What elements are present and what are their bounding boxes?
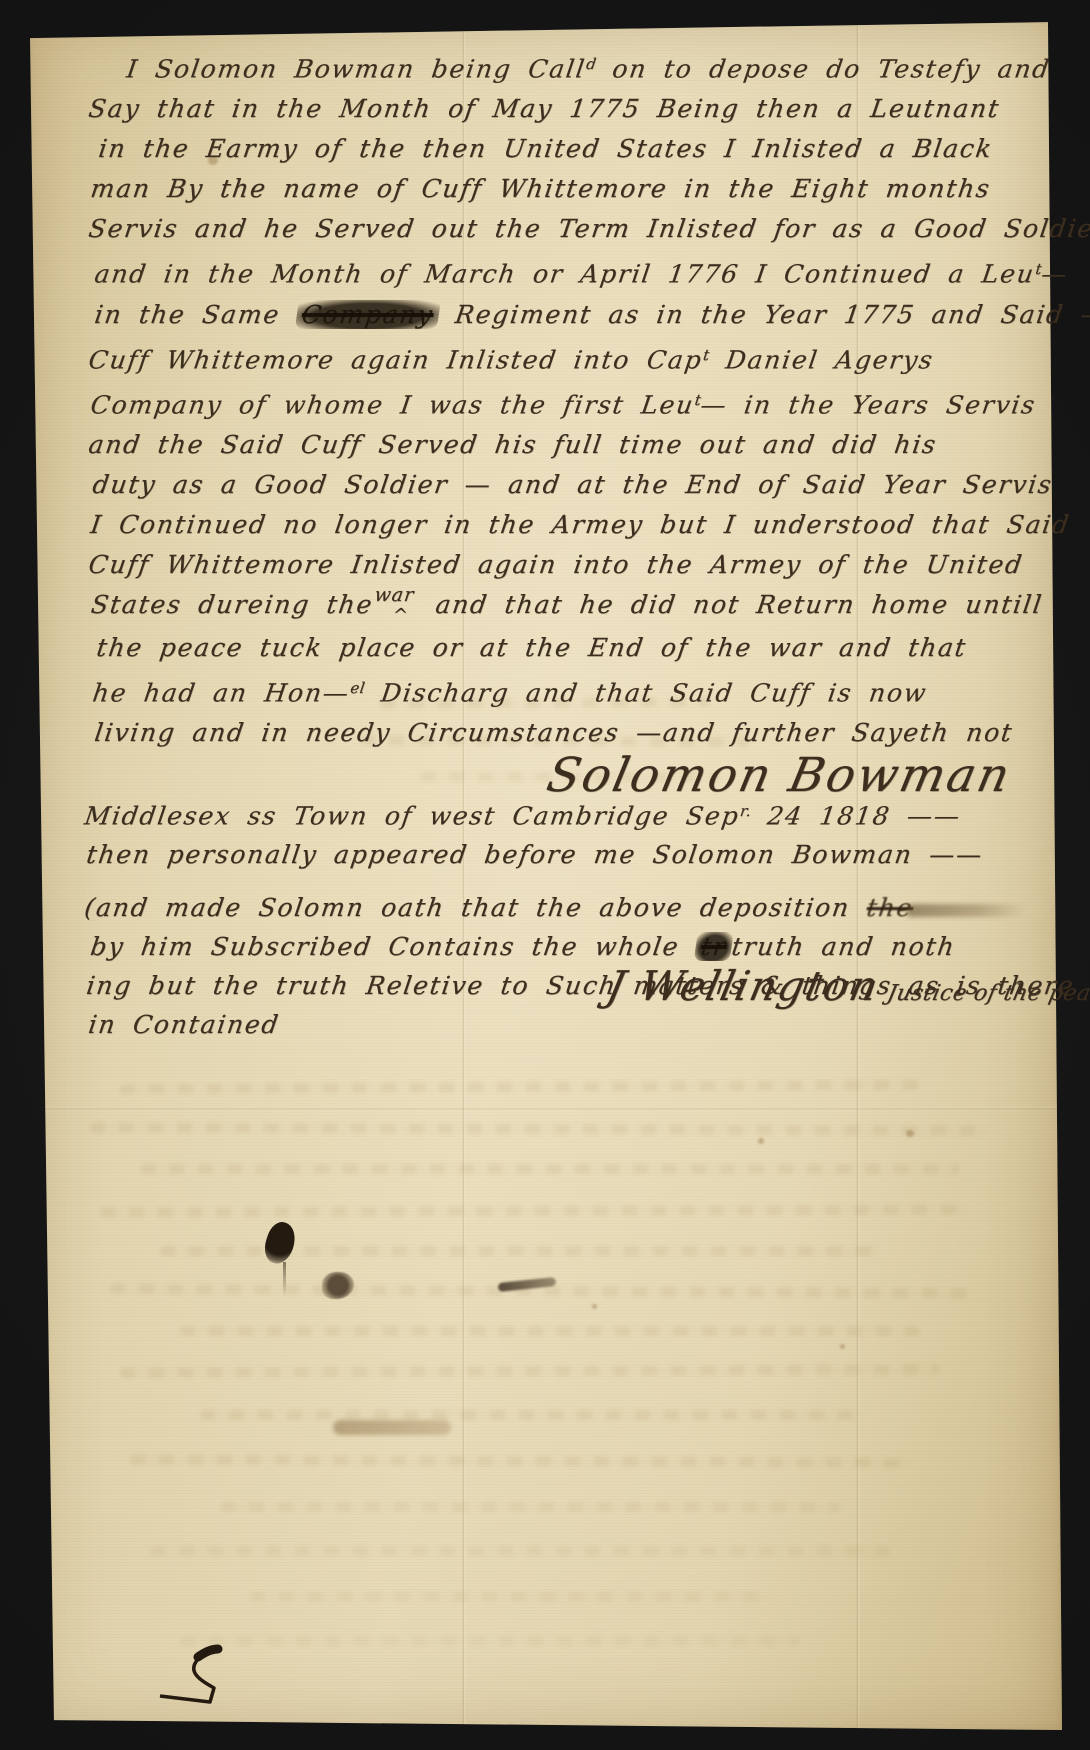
manuscript-segment: Discharg and that Said Cuff is now [362, 678, 929, 707]
manuscript-segment: the peace tuck place or at the End of th… [95, 633, 969, 662]
manuscript-segment: and in the Month of March or April 1776 … [93, 260, 1037, 289]
manuscript-segment: I Solomon Bowman being Call [125, 54, 588, 83]
manuscript-segment: then personally appeared before me Solom… [85, 840, 985, 869]
manuscript-segment: he had an Hon— [91, 678, 352, 707]
manuscript-segment: man By the name of Cuff Whittemore in th… [89, 174, 993, 203]
manuscript-line: duty as a Good Soldier — and at the End … [90, 465, 1012, 505]
bleed-through-mark [90, 1122, 990, 1135]
bleed-through-mark [100, 1204, 970, 1217]
bleed-through-mark [250, 1592, 770, 1602]
manuscript-line: man By the name of Cuff Whittemore in th… [88, 169, 1012, 209]
manuscript-segment: in the Earmy of the then United States I… [97, 134, 995, 163]
scan-backdrop: I Solomon Bowman being Calld on to depos… [0, 0, 1090, 1750]
manuscript-segment-smudge: the [865, 893, 1029, 922]
bleed-through-mark [140, 1164, 960, 1174]
manuscript-line: in the Earmy of the then United States I… [96, 129, 1012, 169]
bleed-through-mark [120, 1080, 920, 1094]
manuscript-segment: in the Same [93, 300, 299, 329]
justice-signature-row: J Wellington Justice of the peace [603, 962, 1090, 1010]
manuscript-segment-ins: war [373, 584, 416, 606]
manuscript-line: in Contained [86, 1005, 1017, 1044]
bleed-through-mark [150, 1546, 890, 1556]
manuscript-line: Say that in the Month of May 1775 Being … [86, 89, 1012, 129]
manuscript-segment: and the Said Cuff Served his full time o… [87, 430, 939, 459]
manuscript-segment: Cuff Whittemore again Inlisted into Cap [87, 345, 705, 374]
manuscript-segment: truth and noth [730, 932, 958, 961]
manuscript-line: then personally appeared before me Solom… [84, 835, 1017, 874]
manuscript-segment: Say that in the Month of May 1775 Being … [87, 94, 1002, 123]
manuscript-line: Middlesex ss Town of west Cambridge Sepr… [82, 792, 1018, 835]
manuscript-line: he had an Hon—el Discharg and that Said … [90, 668, 1012, 713]
manuscript-segment: Middlesex ss Town of west Cambridge Sep [83, 801, 742, 830]
manuscript-segment: States dureing the [89, 590, 375, 619]
manuscript-line: in the Same Company Regiment as in the Y… [92, 295, 1012, 335]
manuscript-line: Cuff Whittemore again Inlisted into Capt… [86, 335, 1012, 380]
bleed-through-mark [120, 1364, 940, 1378]
manuscript-segment-blot: Company [295, 300, 441, 329]
manuscript-segment: living and in needy Circumstances —and f… [93, 718, 1015, 747]
bleed-through-mark [220, 1502, 840, 1512]
manuscript-segment-blot: tr [694, 932, 734, 961]
manuscript-line: I Continued no longer in the Armey but I… [88, 505, 1012, 545]
bleed-through-mark [180, 1326, 920, 1336]
justice-title: Justice of the peace [885, 981, 1090, 1006]
manuscript-segment: Cuff Whittemore Inlisted again into the … [87, 550, 1025, 579]
manuscript-segment: — in the Years Servis [699, 390, 1038, 419]
manuscript-segment: on to depose do Testefy and [594, 54, 1053, 83]
manuscript-segment: and that he did not Return home untill [417, 590, 1045, 619]
manuscript-line: and in the Month of March or April 1776 … [92, 249, 1012, 294]
manuscript-segment: duty as a Good Soldier — and at the End … [91, 470, 1055, 499]
manuscript-segment-caret: ^ [391, 605, 411, 626]
bleed-through-mark [160, 1246, 880, 1256]
manuscript-line: Servis and he Served out the Term Inlist… [86, 209, 1012, 249]
bleed-through-mark [180, 1636, 800, 1646]
manuscript-segment: I Continued no longer in the Armey but I… [89, 510, 1072, 539]
manuscript-segment: by him Subscribed Contains the whole [89, 932, 699, 961]
manuscript-line: and the Said Cuff Served his full time o… [86, 425, 1012, 465]
fold-crease-horizontal [24, 1106, 1064, 1110]
manuscript-line: Company of whome I was the first Leut— i… [88, 380, 1012, 425]
manuscript-segment: Company of whome I was the first Leu [89, 390, 696, 419]
manuscript-line: Cuff Whittemore Inlisted again into the … [86, 545, 1012, 585]
manuscript-line: (and made Solomn oath that the above dep… [82, 888, 1017, 927]
manuscript-segment: Daniel Agerys [707, 345, 936, 374]
manuscript-line: States dureing thewar^ and that he did n… [88, 585, 1012, 628]
bleed-through-mark [110, 1284, 970, 1299]
manuscript-segment: 24 1818 —— [749, 801, 963, 830]
manuscript-segment: in Contained [87, 1010, 282, 1039]
manuscript-segment: Regiment as in the Year 1775 and Said — [436, 300, 1090, 329]
signature-justice: J Wellington [603, 962, 883, 1010]
manuscript-line: I Solomon Bowman being Calld on to depos… [124, 44, 1012, 89]
manuscript-line: the peace tuck place or at the End of th… [94, 628, 1012, 668]
manuscript-line: by him Subscribed Contains the whole trt… [88, 927, 1017, 966]
bleed-through-mark [200, 1410, 860, 1420]
deposition-text: I Solomon Bowman being Calld on to depos… [86, 44, 1006, 753]
manuscript-segment: (and made Solomn oath that the above dep… [83, 893, 869, 922]
bleed-through-mark [130, 1454, 910, 1467]
manuscript-segment: Servis and he Served out the Term Inlist… [87, 214, 1090, 243]
manuscript-segment: — [1039, 260, 1070, 289]
